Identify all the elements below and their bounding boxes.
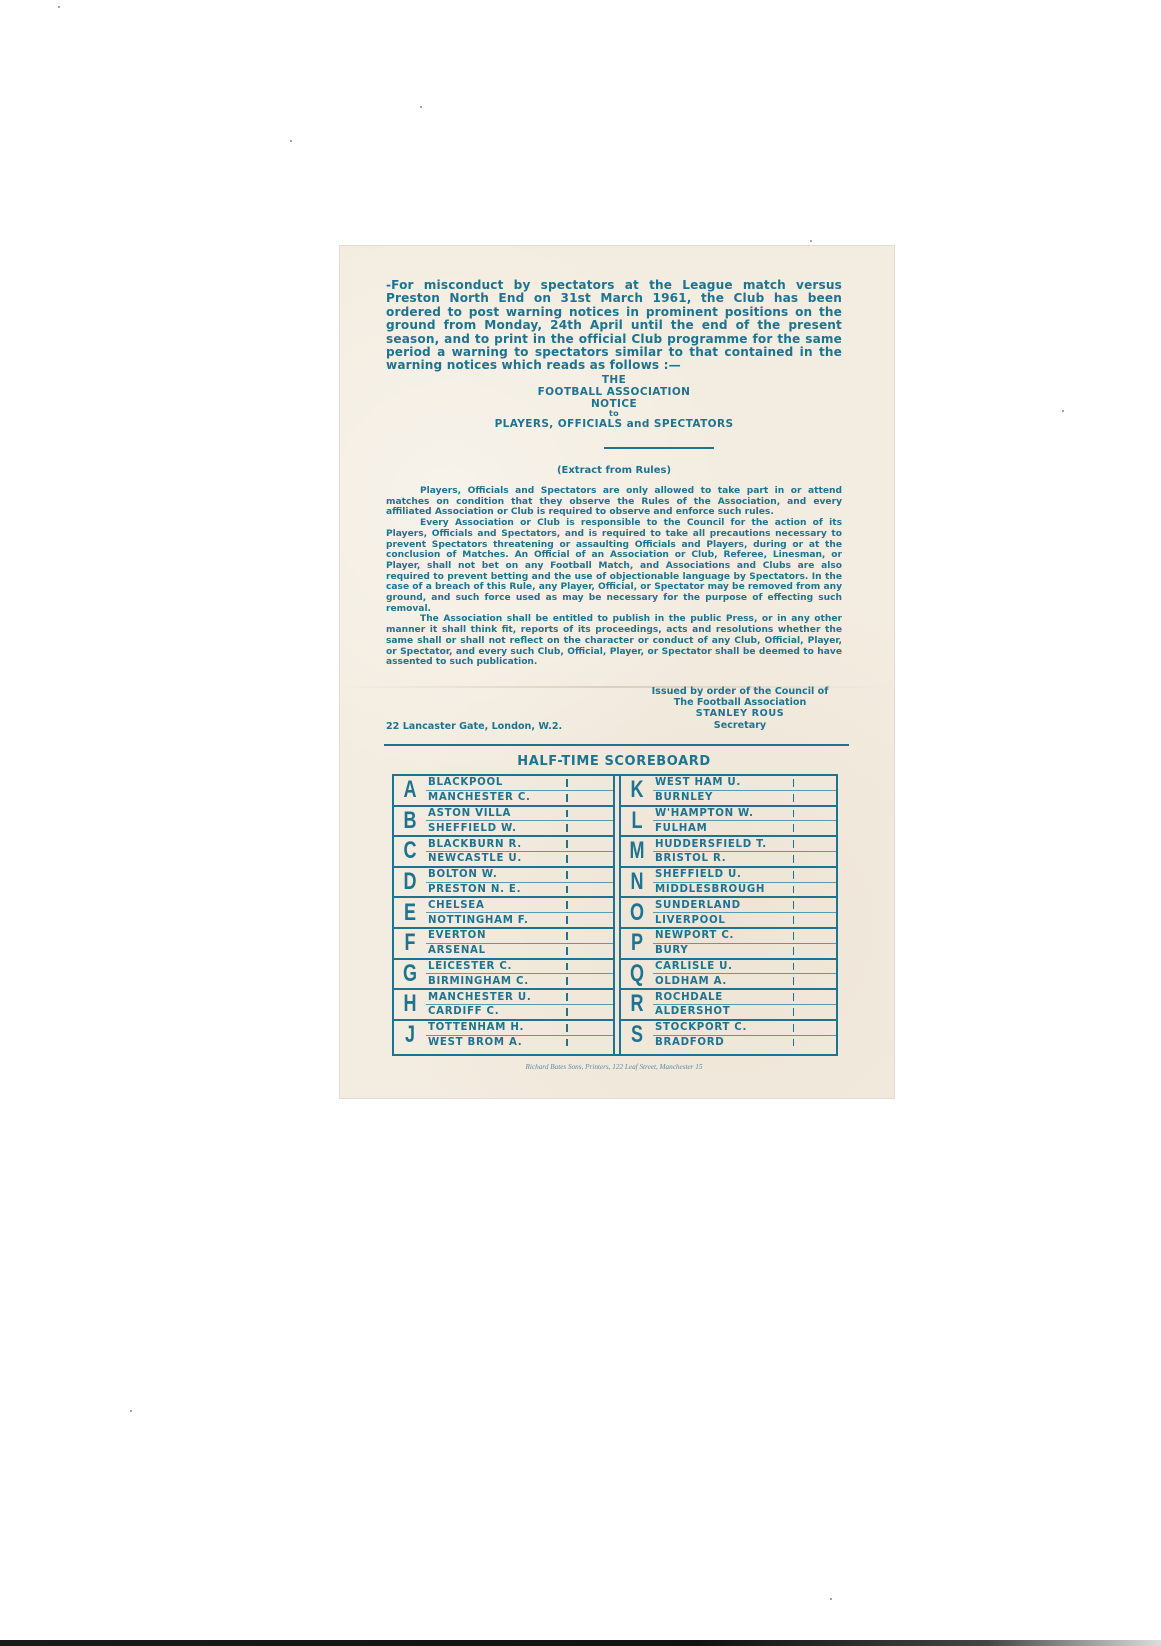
team-row-home: BOLTON W. <box>426 868 613 882</box>
score-box <box>572 868 609 882</box>
team-row-away: ARSENAL <box>426 943 613 958</box>
team-row-away: SHEFFIELD W. <box>426 820 613 835</box>
match-letter: K <box>625 776 649 805</box>
score-divider <box>566 1008 568 1016</box>
score-divider <box>793 1024 795 1032</box>
scoreboard-column-left: ABLACKPOOLMANCHESTER C.BASTON VILLASHEFF… <box>394 776 615 1054</box>
score-divider <box>793 1008 795 1016</box>
score-box <box>799 776 832 790</box>
score-box <box>799 1036 832 1050</box>
scoreboard-group: PNEWPORT C.BURY <box>621 927 836 958</box>
match-letter: L <box>625 807 649 836</box>
scoreboard-group: SSTOCKPORT C.BRADFORD <box>621 1019 836 1050</box>
score-divider <box>566 840 568 848</box>
match-letter: E <box>398 898 422 927</box>
match-letter: J <box>398 1021 422 1050</box>
team-row-away: NEWCASTLE U. <box>426 851 613 866</box>
scan-speck <box>290 140 292 142</box>
score-divider <box>793 824 795 832</box>
score-box <box>572 944 609 958</box>
team-row-home: ASTON VILLA <box>426 807 613 821</box>
half-time-scoreboard: ABLACKPOOLMANCHESTER C.BASTON VILLASHEFF… <box>392 774 838 1056</box>
score-divider <box>566 1024 568 1032</box>
team-row-home: MANCHESTER U. <box>426 990 613 1004</box>
score-box <box>799 837 832 851</box>
score-divider <box>566 1039 568 1047</box>
scoreboard-title: HALF-TIME SCOREBOARD <box>386 754 842 769</box>
scoreboard-group: GLEICESTER C.BIRMINGHAM C. <box>394 958 613 989</box>
rules-paragraph: Every Association or Club is responsible… <box>386 518 842 614</box>
score-box <box>799 898 832 912</box>
match-letter: H <box>398 990 422 1019</box>
score-divider <box>793 794 795 802</box>
score-divider <box>566 947 568 955</box>
scoreboard-group: QCARLISLE U.OLDHAM A. <box>621 958 836 989</box>
scan-speck <box>830 1598 832 1600</box>
section-divider <box>384 744 849 746</box>
score-divider <box>793 901 795 909</box>
score-box <box>799 883 832 897</box>
team-row-away: ALDERSHOT <box>653 1004 836 1019</box>
score-box <box>799 929 832 943</box>
score-divider <box>793 1039 795 1047</box>
score-divider <box>566 901 568 909</box>
team-row-away: WEST BROM A. <box>426 1035 613 1050</box>
scan-speck <box>130 1410 132 1412</box>
score-divider <box>566 977 568 985</box>
score-divider <box>793 855 795 863</box>
team-row-home: SUNDERLAND <box>653 898 836 912</box>
score-divider <box>566 916 568 924</box>
match-letter: B <box>398 807 422 836</box>
team-row-away: PRESTON N. E. <box>426 882 613 897</box>
score-box <box>799 1005 832 1019</box>
match-letter: N <box>625 868 649 897</box>
score-box <box>799 990 832 1004</box>
match-letter: F <box>398 929 422 958</box>
match-letter: C <box>398 837 422 866</box>
score-box <box>799 852 832 866</box>
score-box <box>799 960 832 974</box>
scoreboard-group: RROCHDALEALDERSHOT <box>621 988 836 1019</box>
score-box <box>572 960 609 974</box>
team-row-home: LEICESTER C. <box>426 960 613 974</box>
score-box <box>572 821 609 835</box>
scoreboard-group: HMANCHESTER U.CARDIFF C. <box>394 988 613 1019</box>
team-row-away: BRISTOL R. <box>653 851 836 866</box>
score-box <box>799 868 832 882</box>
match-letter: G <box>398 960 422 989</box>
team-row-home: WEST HAM U. <box>653 776 836 790</box>
score-divider <box>793 886 795 894</box>
score-divider <box>793 932 795 940</box>
score-box <box>572 1021 609 1035</box>
rules-paragraph: The Association shall be entitled to pub… <box>386 614 842 668</box>
team-row-home: STOCKPORT C. <box>653 1021 836 1035</box>
team-row-home: EVERTON <box>426 929 613 943</box>
score-box <box>799 944 832 958</box>
team-row-home: TOTTENHAM H. <box>426 1021 613 1035</box>
score-divider <box>793 840 795 848</box>
score-box <box>572 837 609 851</box>
score-divider <box>566 963 568 971</box>
score-box <box>572 913 609 927</box>
score-box <box>799 791 832 805</box>
match-letter: O <box>625 898 649 927</box>
misconduct-notice-intro: -For misconduct by spectators at the Lea… <box>386 279 842 373</box>
programme-sheet: -For misconduct by spectators at the Lea… <box>340 246 894 1098</box>
printer-credit: Richard Bates Sons, Printers, 122 Leaf S… <box>386 1063 842 1071</box>
score-box <box>572 1005 609 1019</box>
scoreboard-group: ABLACKPOOLMANCHESTER C. <box>394 776 613 805</box>
team-row-away: MANCHESTER C. <box>426 790 613 805</box>
heading-divider <box>604 447 714 449</box>
team-row-away: BRADFORD <box>653 1035 836 1050</box>
team-row-home: NEWPORT C. <box>653 929 836 943</box>
score-divider <box>793 977 795 985</box>
score-box <box>572 898 609 912</box>
score-box <box>799 821 832 835</box>
fa-address: 22 Lancaster Gate, London, W.2. <box>386 721 562 732</box>
scoreboard-group: BASTON VILLASHEFFIELD W. <box>394 805 613 836</box>
extract-label: (Extract from Rules) <box>386 465 842 476</box>
score-divider <box>566 794 568 802</box>
scoreboard-group: DBOLTON W.PRESTON N. E. <box>394 866 613 897</box>
team-row-home: ROCHDALE <box>653 990 836 1004</box>
team-row-away: CARDIFF C. <box>426 1004 613 1019</box>
match-letter: S <box>625 1021 649 1050</box>
score-divider <box>793 947 795 955</box>
score-box <box>572 807 609 821</box>
team-row-home: HUDDERSFIELD T. <box>653 837 836 851</box>
score-box <box>572 990 609 1004</box>
scoreboard-group: FEVERTONARSENAL <box>394 927 613 958</box>
score-divider <box>793 871 795 879</box>
score-divider <box>566 886 568 894</box>
scoreboard-group: CBLACKBURN R.NEWCASTLE U. <box>394 835 613 866</box>
team-row-home: W'HAMPTON W. <box>653 807 836 821</box>
team-row-away: MIDDLESBROUGH <box>653 882 836 897</box>
match-letter: A <box>398 776 422 805</box>
team-row-away: FULHAM <box>653 820 836 835</box>
match-letter: M <box>625 837 649 866</box>
scoreboard-group: NSHEFFIELD U.MIDDLESBROUGH <box>621 866 836 897</box>
team-row-away: BURNLEY <box>653 790 836 805</box>
score-box <box>799 974 832 988</box>
scoreboard-group: KWEST HAM U.BURNLEY <box>621 776 836 805</box>
scoreboard-group: LW'HAMPTON W.FULHAM <box>621 805 836 836</box>
score-divider <box>566 779 568 787</box>
score-box <box>572 974 609 988</box>
scoreboard-group: JTOTTENHAM H.WEST BROM A. <box>394 1019 613 1050</box>
score-box <box>572 791 609 805</box>
score-box <box>799 807 832 821</box>
scan-speck <box>420 106 422 108</box>
score-box <box>572 929 609 943</box>
score-divider <box>566 932 568 940</box>
match-letter: Q <box>625 960 649 989</box>
score-divider <box>793 779 795 787</box>
score-divider <box>566 855 568 863</box>
team-row-home: BLACKBURN R. <box>426 837 613 851</box>
rules-paragraph: Players, Officials and Spectators are on… <box>386 486 842 518</box>
score-box <box>799 913 832 927</box>
team-row-home: BLACKPOOL <box>426 776 613 790</box>
scan-speck <box>1062 410 1064 412</box>
scoreboard-column-right: KWEST HAM U.BURNLEYLW'HAMPTON W.FULHAMMH… <box>619 776 836 1054</box>
scoreboard-group: ECHELSEANOTTINGHAM F. <box>394 896 613 927</box>
score-divider <box>793 963 795 971</box>
score-divider <box>566 824 568 832</box>
score-box <box>572 776 609 790</box>
match-letter: R <box>625 990 649 1019</box>
score-divider <box>793 810 795 818</box>
team-row-away: LIVERPOOL <box>653 912 836 927</box>
score-divider <box>793 916 795 924</box>
team-row-away: OLDHAM A. <box>653 973 836 988</box>
issued-by-block: Issued by order of the Council of The Fo… <box>630 686 850 731</box>
rules-text: Players, Officials and Spectators are on… <box>386 486 842 668</box>
team-row-home: CARLISLE U. <box>653 960 836 974</box>
score-box <box>799 1021 832 1035</box>
fa-notice-heading: THE FOOTBALL ASSOCIATION NOTICE to PLAYE… <box>386 374 842 430</box>
score-divider <box>566 993 568 1001</box>
match-letter: P <box>625 929 649 958</box>
scan-edge <box>0 1640 1161 1646</box>
score-divider <box>566 871 568 879</box>
score-box <box>572 1036 609 1050</box>
scan-speck <box>58 6 60 8</box>
team-row-away: BIRMINGHAM C. <box>426 973 613 988</box>
scoreboard-group: MHUDDERSFIELD T.BRISTOL R. <box>621 835 836 866</box>
scan-speck <box>810 240 812 242</box>
score-divider <box>566 810 568 818</box>
team-row-away: NOTTINGHAM F. <box>426 912 613 927</box>
team-row-away: BURY <box>653 943 836 958</box>
score-box <box>572 883 609 897</box>
score-divider <box>793 993 795 1001</box>
match-letter: D <box>398 868 422 897</box>
team-row-home: CHELSEA <box>426 898 613 912</box>
team-row-home: SHEFFIELD U. <box>653 868 836 882</box>
score-box <box>572 852 609 866</box>
scoreboard-group: OSUNDERLANDLIVERPOOL <box>621 896 836 927</box>
secretary-name: STANLEY ROUS <box>630 708 850 719</box>
